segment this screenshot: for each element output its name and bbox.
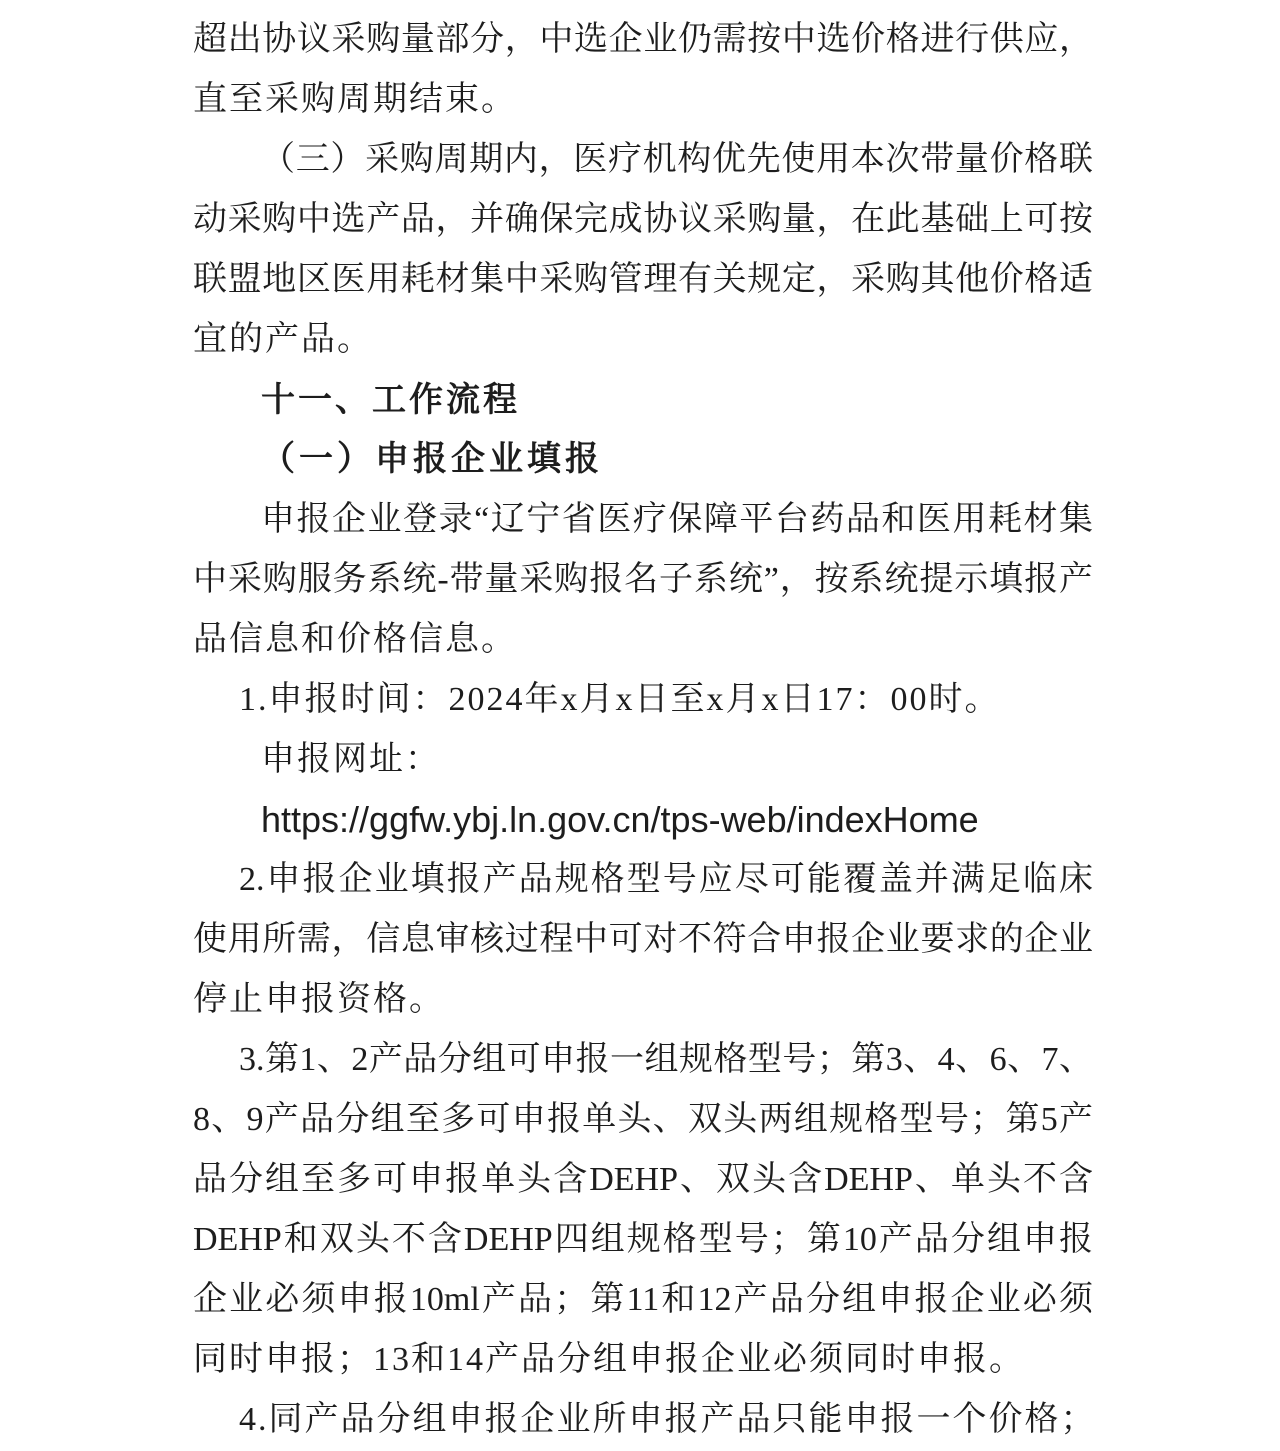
paragraph-rule-three: 3.第1、2产品分组可申报一组规格型号；第3、4、6、7、8、9产品分组至多可申… [193, 1030, 1093, 1390]
text-line: 中采购服务系统-带量采购报名子系统”，按系统提示填报产 [193, 550, 1093, 610]
text-line: 品分组至多可申报单头含DEHP、双头含DEHP、单头不含 [193, 1150, 1093, 1210]
text-line: 4.同产品分组申报企业所申报产品只能申报一个价格； [193, 1390, 1093, 1450]
text-line: 停止申报资格。 [193, 970, 1093, 1030]
paragraph-rule-four: 4.同产品分组申报企业所申报产品只能申报一个价格； [193, 1390, 1093, 1450]
paragraph-declare-url: https://ggfw.ybj.ln.gov.cn/tps-web/index… [193, 790, 1093, 850]
url-text-line: https://ggfw.ybj.ln.gov.cn/tps-web/index… [193, 790, 1093, 850]
text-line: 直至采购周期结束。 [193, 70, 1093, 130]
text-line: 宜的产品。 [193, 310, 1093, 370]
text-line: 申报网址： [193, 730, 1093, 790]
text-line: 超出协议采购量部分，中选企业仍需按中选价格进行供应， [193, 10, 1093, 70]
text-line: 使用所需，信息审核过程中可对不符合申报企业要求的企业 [193, 910, 1093, 970]
paragraph-declare-time: 1.申报时间：2024年x月x日至x月x日17：00时。 [193, 670, 1093, 730]
text-line: 十一、工作流程 [193, 370, 1093, 430]
text-line: 动采购中选产品，并确保完成协议采购量，在此基础上可按 [193, 190, 1093, 250]
subsection-heading-one: （一）申报企业填报 [193, 430, 1093, 490]
paragraph-supply-continuation: 超出协议采购量部分，中选企业仍需按中选价格进行供应，直至采购周期结束。 [193, 10, 1093, 130]
paragraph-item-three: （三）采购周期内，医疗机构优先使用本次带量价格联动采购中选产品，并确保完成协议采… [193, 130, 1093, 370]
text-line: （三）采购周期内，医疗机构优先使用本次带量价格联 [193, 130, 1093, 190]
text-line: 同时申报；13和14产品分组申报企业必须同时申报。 [193, 1330, 1093, 1390]
section-heading-eleven: 十一、工作流程 [193, 370, 1093, 430]
document-page: 超出协议采购量部分，中选企业仍需按中选价格进行供应，直至采购周期结束。（三）采购… [0, 0, 1280, 1451]
text-line: DEHP和双头不含DEHP四组规格型号；第10产品分组申报 [193, 1210, 1093, 1270]
text-line: （一）申报企业填报 [193, 430, 1093, 490]
paragraph-declare-site-label: 申报网址： [193, 730, 1093, 790]
paragraph-rule-two: 2.申报企业填报产品规格型号应尽可能覆盖并满足临床使用所需，信息审核过程中可对不… [193, 850, 1093, 1030]
text-line: 品信息和价格信息。 [193, 610, 1093, 670]
text-line: 申报企业登录“辽宁省医疗保障平台药品和医用耗材集 [193, 490, 1093, 550]
paragraph-login-system: 申报企业登录“辽宁省医疗保障平台药品和医用耗材集中采购服务系统-带量采购报名子系… [193, 490, 1093, 670]
text-line: 8、9产品分组至多可申报单头、双头两组规格型号；第5产 [193, 1090, 1093, 1150]
text-line: 1.申报时间：2024年x月x日至x月x日17：00时。 [193, 670, 1093, 730]
text-line: 3.第1、2产品分组可申报一组规格型号；第3、4、6、7、 [193, 1030, 1093, 1090]
text-line: 2.申报企业填报产品规格型号应尽可能覆盖并满足临床 [193, 850, 1093, 910]
text-line: 联盟地区医用耗材集中采购管理有关规定，采购其他价格适 [193, 250, 1093, 310]
text-line: 企业必须申报10ml产品；第11和12产品分组申报企业必须 [193, 1270, 1093, 1330]
